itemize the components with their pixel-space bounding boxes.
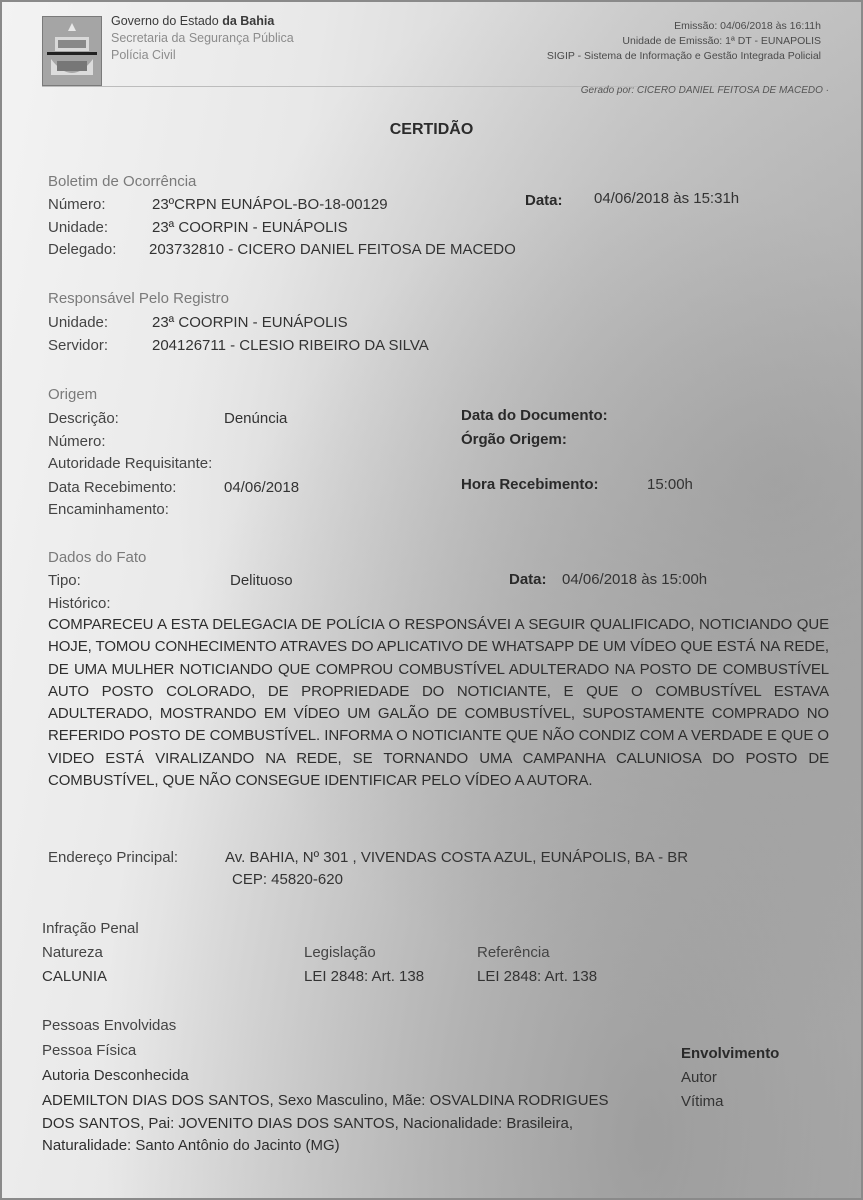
fato-data-value: 04/06/2018 às 15:00h bbox=[562, 571, 707, 588]
boletim-delegado-label: Delegado: bbox=[48, 241, 116, 258]
fato-data-label: Data: bbox=[509, 571, 547, 588]
infracao-col-legislacao: Legislação bbox=[304, 944, 376, 961]
boletim-delegado-value: 203732810 - CICERO DANIEL FEITOSA DE MAC… bbox=[149, 241, 516, 258]
certificate-page: Governo do Estado da Bahia Secretaria da… bbox=[0, 0, 863, 1200]
origem-descricao-value: Denúncia bbox=[224, 410, 287, 427]
fato-endereco-label: Endereço Principal: bbox=[48, 849, 178, 866]
pessoa-0-descricao: Autoria Desconhecida bbox=[42, 1067, 189, 1084]
section-infracao: Infração Penal bbox=[42, 920, 139, 937]
fato-tipo-label: Tipo: bbox=[48, 572, 81, 589]
section-fato: Dados do Fato bbox=[48, 549, 146, 566]
origem-data-recebimento-label: Data Recebimento: bbox=[48, 479, 176, 496]
state-coat-of-arms-icon bbox=[42, 16, 102, 86]
fato-tipo-value: Delituoso bbox=[230, 572, 293, 589]
infracao-natureza-value: CALUNIA bbox=[42, 968, 107, 985]
origem-hora-recebimento-label: Hora Recebimento: bbox=[461, 476, 599, 493]
org-line-governo: Governo do Estado da Bahia bbox=[111, 14, 274, 28]
origem-data-documento-label: Data do Documento: bbox=[461, 407, 608, 424]
section-pessoas: Pessoas Envolvidas bbox=[42, 1017, 176, 1034]
origem-encaminhamento-label: Encaminhamento: bbox=[48, 501, 169, 518]
origem-autoridade-label: Autoridade Requisitante: bbox=[48, 455, 212, 472]
origem-hora-recebimento-value: 15:00h bbox=[647, 476, 693, 493]
infracao-col-referencia: Referência bbox=[477, 944, 550, 961]
responsavel-servidor-value: 204126711 - CLESIO RIBEIRO DA SILVA bbox=[152, 337, 429, 354]
boletim-data-label: Data: bbox=[525, 192, 563, 209]
fato-cep: CEP: 45820-620 bbox=[232, 871, 343, 888]
origem-data-recebimento-value: 04/06/2018 bbox=[224, 479, 299, 496]
pessoa-1-envolvimento: Vítima bbox=[681, 1093, 724, 1110]
origem-descricao-label: Descrição: bbox=[48, 410, 119, 427]
infracao-referencia-value: LEI 2848: Art. 138 bbox=[477, 968, 597, 985]
org-line-secretaria: Secretaria da Segurança Pública bbox=[111, 31, 294, 45]
emission-unit: Unidade de Emissão: 1ª DT - EUNAPOLIS bbox=[622, 35, 821, 47]
origem-orgao-label: Órgão Origem: bbox=[461, 431, 567, 448]
origem-numero-label: Número: bbox=[48, 433, 106, 450]
section-origem: Origem bbox=[48, 386, 97, 403]
pessoa-fisica-label: Pessoa Física bbox=[42, 1042, 136, 1059]
generated-by: Gerado por: CICERO DANIEL FEITOSA DE MAC… bbox=[581, 85, 829, 96]
section-responsavel: Responsável Pelo Registro bbox=[48, 290, 229, 307]
boletim-numero-label: Número: bbox=[48, 196, 106, 213]
fato-historico-label: Histórico: bbox=[48, 595, 111, 612]
boletim-unidade-label: Unidade: bbox=[48, 219, 108, 236]
responsavel-unidade-label: Unidade: bbox=[48, 314, 108, 331]
pessoa-1-descricao: ADEMILTON DIAS DOS SANTOS, Sexo Masculin… bbox=[42, 1090, 632, 1158]
envolvimento-label: Envolvimento bbox=[681, 1045, 779, 1062]
section-boletim: Boletim de Ocorrência bbox=[48, 173, 196, 190]
boletim-unidade-value: 23ª COORPIN - EUNÁPOLIS bbox=[152, 219, 348, 236]
responsavel-unidade-value: 23ª COORPIN - EUNÁPOLIS bbox=[152, 314, 348, 331]
infracao-legislacao-value: LEI 2848: Art. 138 bbox=[304, 968, 424, 985]
emission-datetime: Emissão: 04/06/2018 às 16:11h bbox=[674, 20, 821, 32]
boletim-numero-value: 23ºCRPN EUNÁPOL-BO-18-00129 bbox=[152, 196, 388, 213]
fato-historico-text: COMPARECEU A ESTA DELEGACIA DE POLÍCIA O… bbox=[48, 614, 829, 792]
fato-endereco-value: Av. BAHIA, Nº 301 , VIVENDAS COSTA AZUL,… bbox=[225, 849, 688, 866]
boletim-data-value: 04/06/2018 às 15:31h bbox=[594, 190, 739, 207]
page-title: CERTIDÃO bbox=[2, 121, 861, 139]
pessoa-0-envolvimento: Autor bbox=[681, 1069, 717, 1086]
system-name: SIGIP - Sistema de Informação e Gestão I… bbox=[547, 50, 821, 62]
responsavel-servidor-label: Servidor: bbox=[48, 337, 108, 354]
infracao-col-natureza: Natureza bbox=[42, 944, 103, 961]
org-line-policia: Polícia Civil bbox=[111, 48, 176, 62]
